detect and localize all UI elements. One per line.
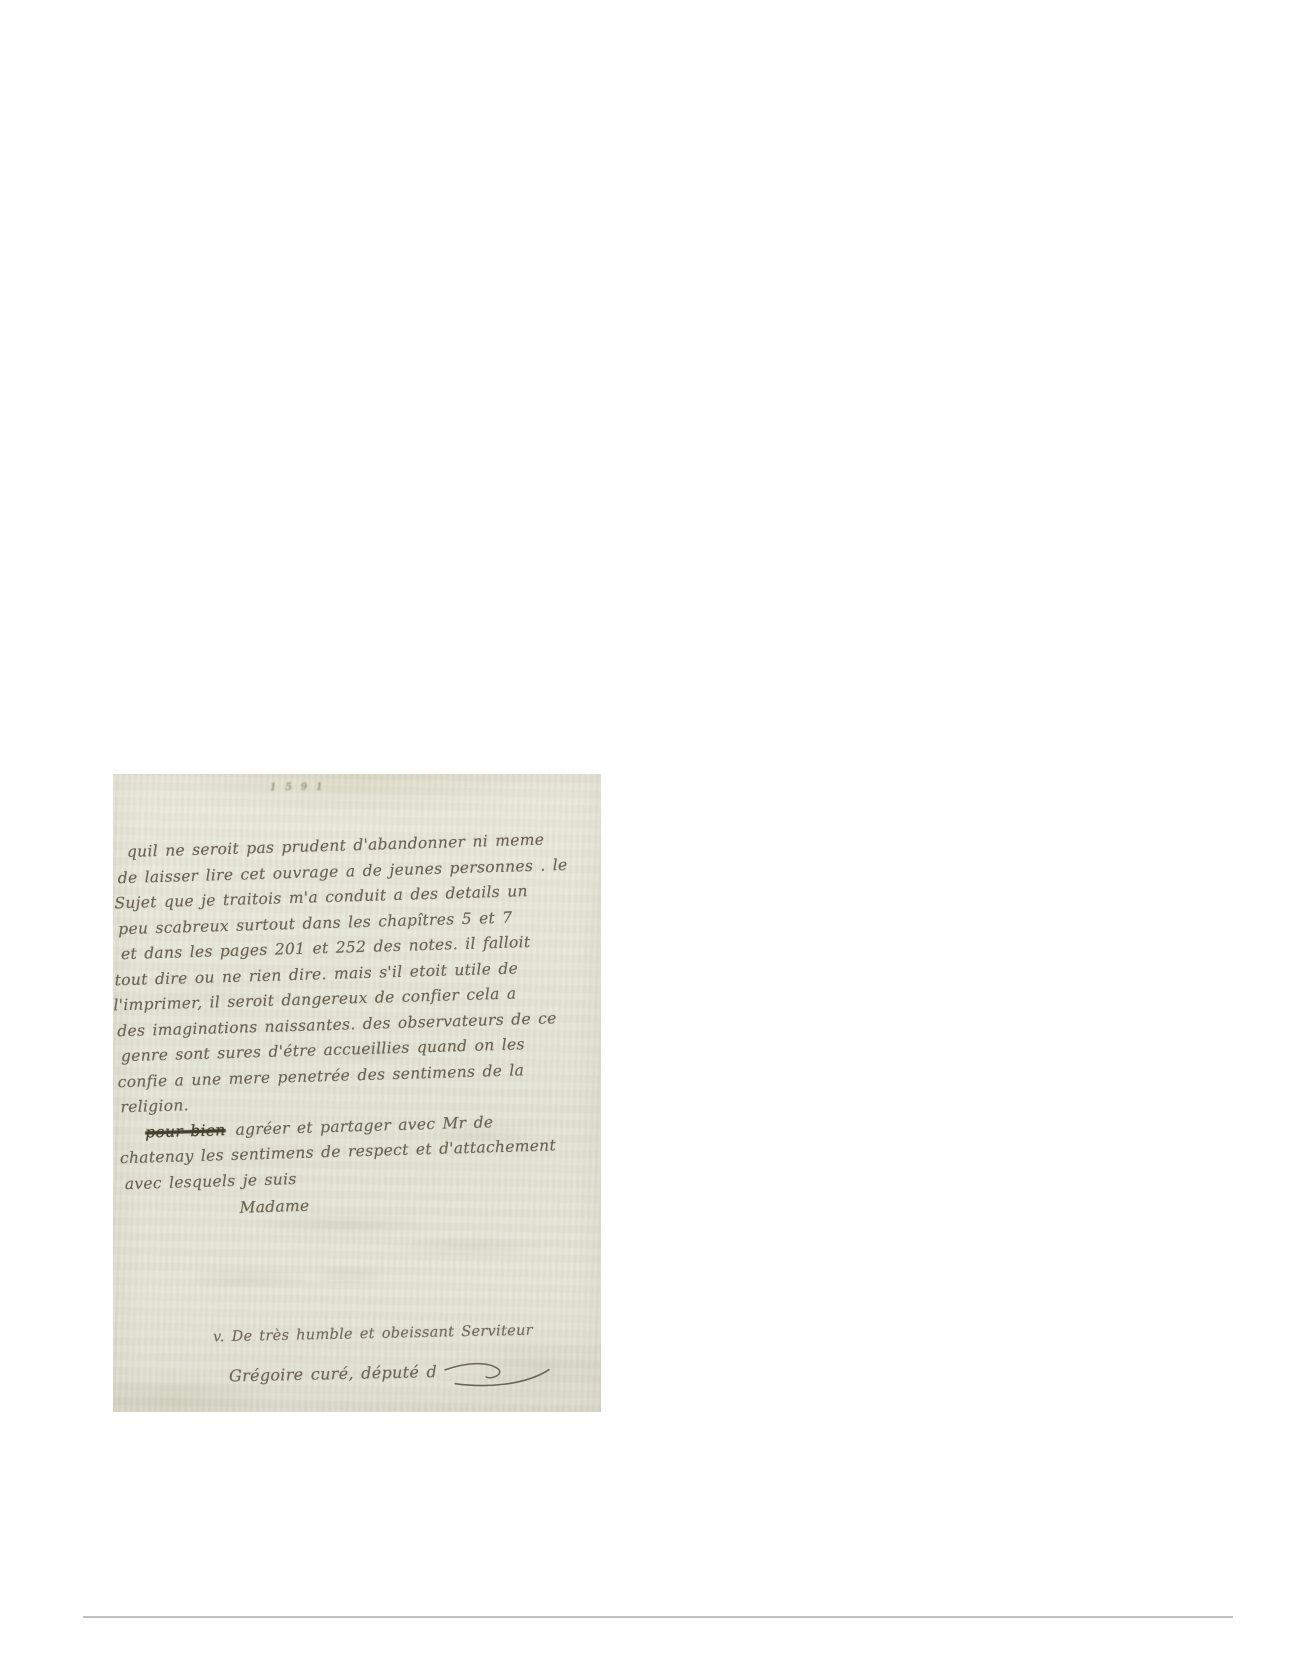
ink-bleed-smudge [168,1256,398,1302]
document-page: 1591 quil ne seroit pas prudent d'abando… [0,0,1301,1672]
closing-text: agréer et partager avec Mr de [235,1113,493,1139]
signature-paraph [441,1358,554,1390]
signature-row: Grégoire curé, député d [229,1350,554,1395]
signature-name: Grégoire curé, député d [229,1362,437,1385]
footer-divider [83,1616,1233,1618]
archival-inscription: 1591 [270,782,332,794]
struck-out-words: pour bien [145,1121,226,1141]
valediction: v. De très humble et obeissant Serviteur [213,1323,533,1346]
letter-body: quil ne seroit pas prudent d'abandonner … [119,826,592,1224]
manuscript-scan: 1591 quil ne seroit pas prudent d'abando… [113,774,601,1412]
